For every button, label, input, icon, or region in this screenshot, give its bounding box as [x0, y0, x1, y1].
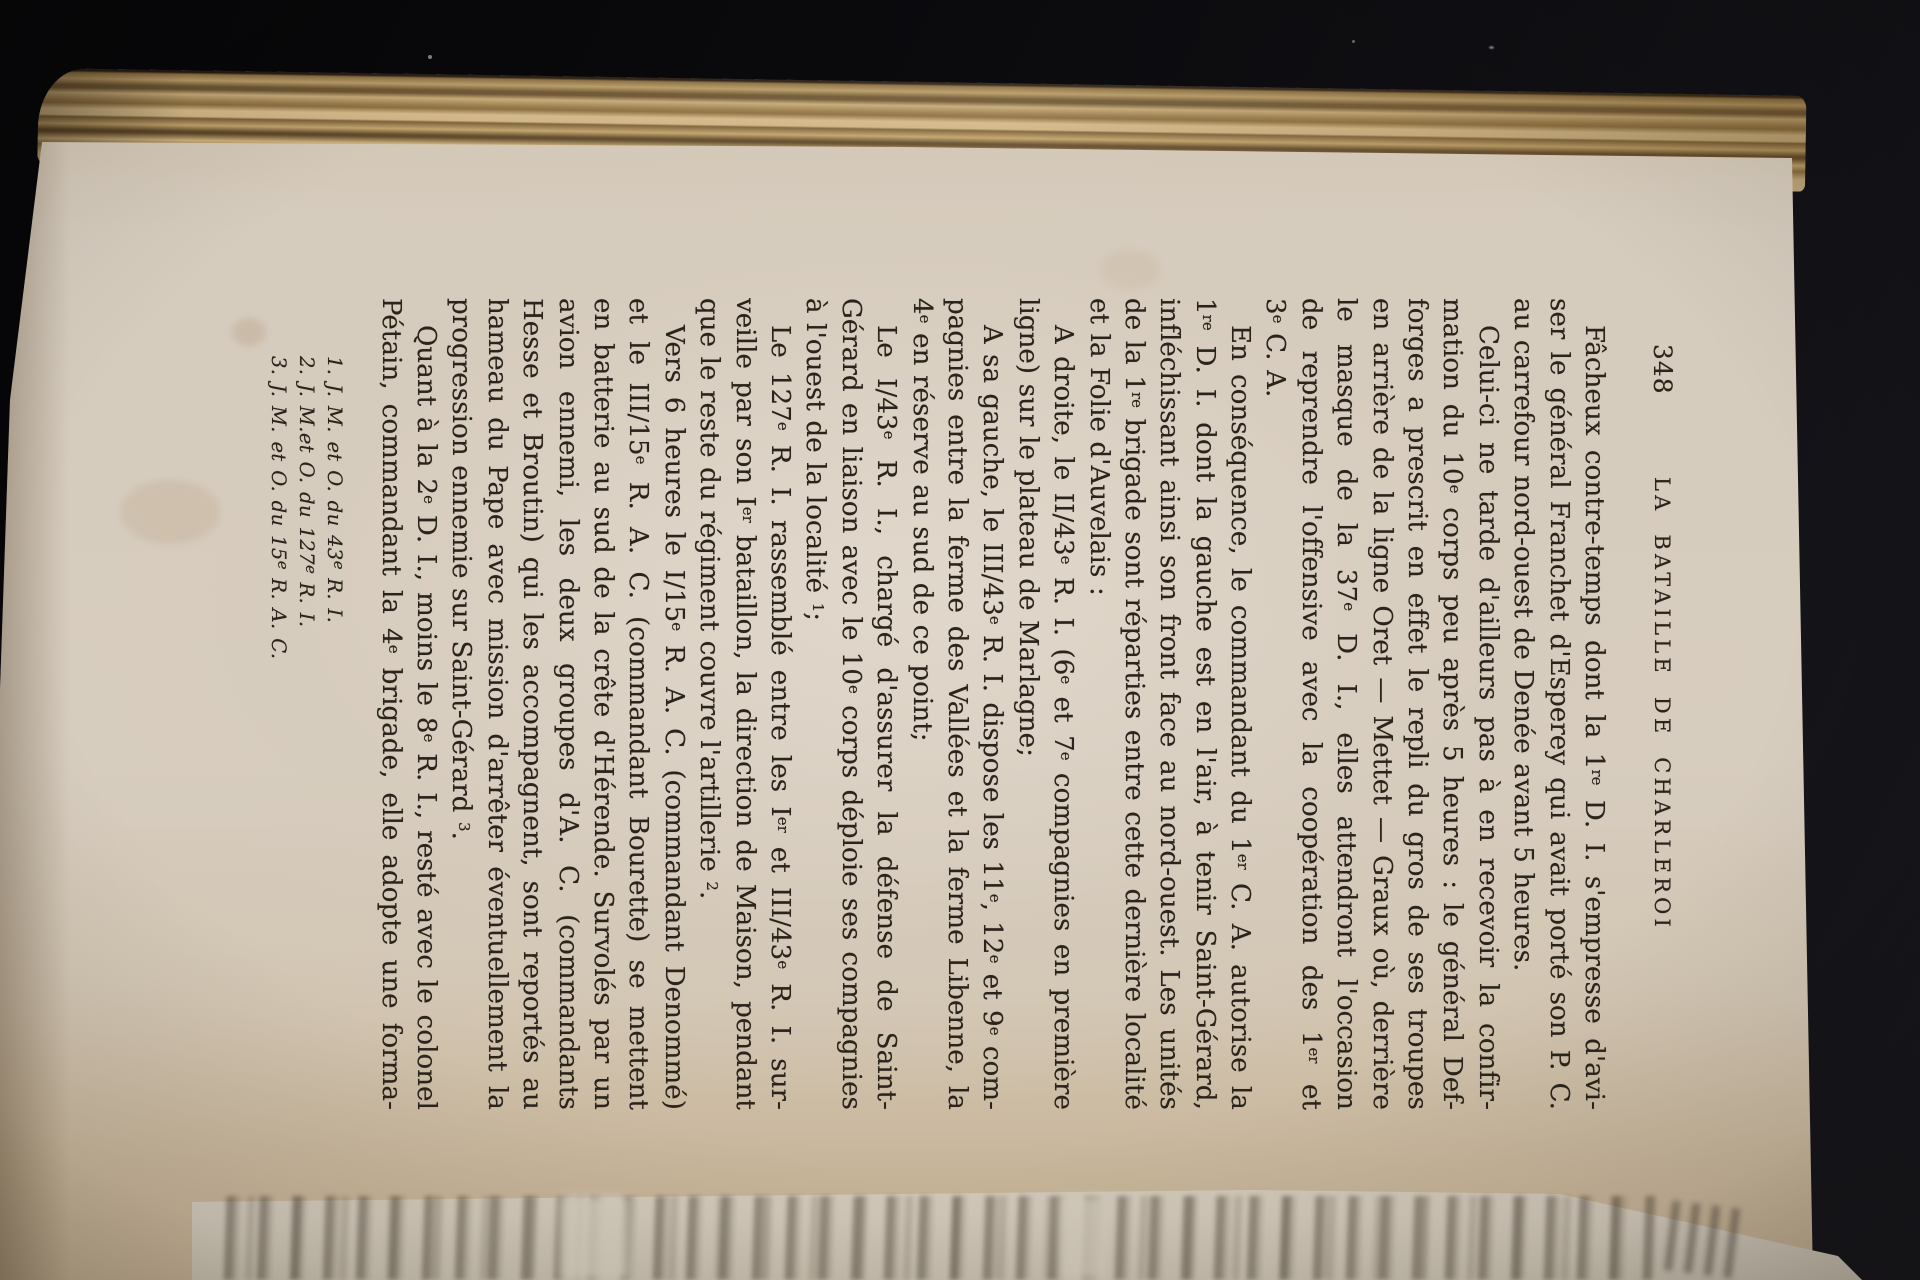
- text-line: de reprendre l'offensive avec la coopéra…: [1292, 298, 1327, 1110]
- dust-speck: [1352, 40, 1355, 43]
- footnote-line: 2. J. M.et O. du 127e R. I.: [292, 298, 320, 1110]
- text-line: Pétain, commandant la 4e brigade, elle a…: [372, 298, 407, 1110]
- text-line: A sa gauche, le III/43e R. I. dispose le…: [974, 298, 1009, 1110]
- text-line: 4e en réserve au sud de ce point;: [903, 298, 938, 1110]
- text-line: forges a prescrit en effet le repli du g…: [1399, 298, 1434, 1110]
- text-line: 3e C. A.: [1257, 298, 1292, 1110]
- footnotes: 1. J. M. et O. du 43e R. I.2. J. M.et O.…: [263, 298, 348, 1110]
- book-photo: 348 LA BATAILLE DE CHARLEROI Fâcheux con…: [0, 0, 1920, 1280]
- text-line: Fâcheux contre-temps dont la 1re D. I. s…: [1576, 298, 1611, 1110]
- page-header: 348 LA BATAILLE DE CHARLEROI: [1647, 298, 1677, 1110]
- page-stain: [232, 318, 266, 346]
- dust-speck: [428, 55, 432, 59]
- text-line: Vers 6 heures le I/15e R. A. C. (command…: [655, 298, 690, 1110]
- text-line: hameau du Pape avec mission d'arrêter év…: [479, 298, 514, 1110]
- blurred-page-gap: [1060, 1196, 1106, 1280]
- text-line: de la 1re brigade sont réparties entre c…: [1116, 298, 1151, 1110]
- text-line: En conséquence, le commandant du 1er C. …: [1222, 298, 1257, 1110]
- text-line: au carrefour nord-ouest de Denée avant 5…: [1505, 298, 1540, 1110]
- page-text-rotated: 348 LA BATAILLE DE CHARLEROI Fâcheux con…: [263, 298, 1677, 1110]
- footnote-line: 3. J. M. et O. du 15e R. A. C.: [263, 298, 291, 1110]
- dust-speck: [1489, 46, 1494, 49]
- text-line: 1re D. I. dont la gauche est en l'air, à…: [1186, 298, 1221, 1110]
- text-line: ligne) sur le plateau de Marlagne;: [1009, 298, 1044, 1110]
- text-line: en batterie au sud de la crête d'Hérende…: [585, 298, 620, 1110]
- text-line: progression ennemie sur Saint-Gérard 3.: [443, 298, 478, 1110]
- text-line: Gérard en liaison avec le 10e corps dépl…: [832, 298, 867, 1110]
- text-line: pagnies entre la ferme des Vallées et la…: [939, 298, 974, 1110]
- text-line: et la Folie d'Auvelais :: [1080, 298, 1115, 1110]
- text-line: avion ennemi, les deux groupes d'A. C. (…: [549, 298, 584, 1110]
- text-line: à l'ouest de la localité 1;: [797, 298, 832, 1110]
- blurred-text-columns: [1664, 1201, 1750, 1280]
- page-number: 348: [1648, 344, 1677, 395]
- text-line: A droite, le II/43e R. I. (6e et 7e comp…: [1045, 298, 1080, 1110]
- blurred-page-gap: [560, 1196, 630, 1280]
- text-line: Hesse et Broutin) qui les accompagnent, …: [514, 298, 549, 1110]
- text-line: le masque de la 37e D. I., elles attendr…: [1328, 298, 1363, 1110]
- text-line: que le reste du régiment couvre l'artill…: [691, 298, 726, 1110]
- text-line: ser le général Franchet d'Esperey qui av…: [1540, 298, 1575, 1110]
- footnote-line: 1. J. M. et O. du 43e R. I.: [320, 298, 348, 1110]
- text-line: Quant à la 2e D. I., moins le 8e R. I., …: [408, 298, 443, 1110]
- page-stain: [1100, 250, 1160, 290]
- text-line: mation du 10e corps peu après 5 heures :…: [1434, 298, 1469, 1110]
- running-title: LA BATAILLE DE CHARLEROI: [1650, 298, 1677, 1110]
- text-line: infléchissant ainsi son front face au no…: [1151, 298, 1186, 1110]
- text-line: et le III/15e R. A. C. (commandant Boure…: [620, 298, 655, 1110]
- text-line: veille par son Ier bataillon, la directi…: [726, 298, 761, 1110]
- text-line: Le 127e R. I. rassemblé entre les Ier et…: [762, 298, 797, 1110]
- blurred-text-columns: [224, 1196, 1657, 1280]
- text-line: Celui-ci ne tarde d'ailleurs pas à en re…: [1469, 298, 1504, 1110]
- body-text: Fâcheux contre-temps dont la 1re D. I. s…: [372, 298, 1611, 1110]
- text-line: en arrière de la ligne Oret — Mettet — G…: [1363, 298, 1398, 1110]
- page-stain: [120, 480, 220, 544]
- text-line: Le I/43e R. I., chargé d'assurer la défe…: [868, 298, 903, 1110]
